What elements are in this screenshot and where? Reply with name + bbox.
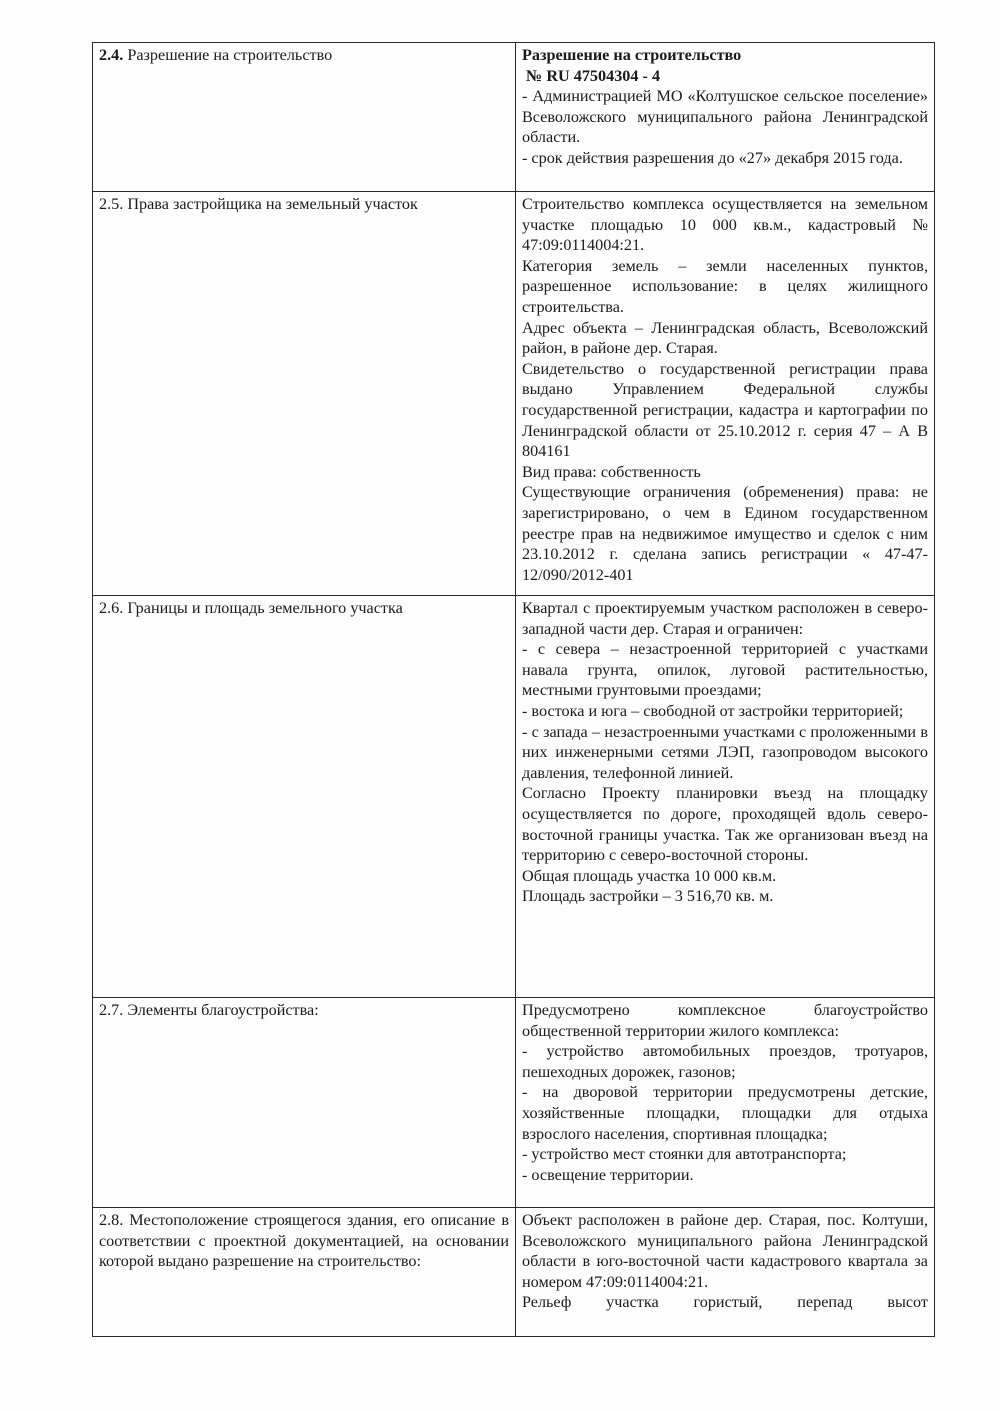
row-number: 2.7. <box>99 1001 123 1019</box>
paragraph: Строительство комплекса осуществляется н… <box>522 194 928 256</box>
row-label-cell: 2.4. Разрешение на строительство <box>93 43 516 192</box>
paragraph: - с севера – незастроенной территорией с… <box>522 639 928 701</box>
table-row: 2.4. Разрешение на строительство Разреше… <box>93 43 935 192</box>
paragraph: - востока и юга – свободной от застройки… <box>522 701 928 722</box>
paragraph: - освещение территории. <box>522 1165 928 1186</box>
row-label: Местоположение строящегося здания, его о… <box>99 1211 509 1270</box>
paragraph: Согласно Проекту планировки въезд на пло… <box>522 783 928 865</box>
row-value-cell: Предусмотрено комплексное благоустройств… <box>516 998 935 1208</box>
paragraph: Общая площадь участка 10 000 кв.м. <box>522 866 928 887</box>
paragraph: Вид права: собственность <box>522 462 928 483</box>
paragraph: Квартал с проектируемым участком располо… <box>522 598 928 639</box>
row-number: 2.5. <box>99 195 123 213</box>
paragraph: - Администрацией МО «Колтушское сельское… <box>522 86 928 148</box>
row-value-cell: Строительство комплекса осуществляется н… <box>516 192 935 596</box>
row-label-cell: 2.7. Элементы благоустройства: <box>93 998 516 1208</box>
document-page: 2.4. Разрешение на строительство Разреше… <box>0 0 1000 1411</box>
row-label: Разрешение на строительство <box>127 46 332 64</box>
row-value-cell: Разрешение на строительство № RU 4750430… <box>516 43 935 192</box>
row-label: Элементы благоустройства: <box>127 1001 318 1019</box>
table-row: 2.7. Элементы благоустройства: Предусмот… <box>93 998 935 1208</box>
paragraph: - на дворовой территории предусмотрены д… <box>522 1082 928 1144</box>
paragraph: Категория земель – земли населенных пунк… <box>522 256 928 318</box>
permit-number: № RU 47504304 - 4 <box>522 66 928 87</box>
paragraph: Площадь застройки – 3 516,70 кв. м. <box>522 886 928 907</box>
paragraph: Рельеф участка гористый, перепад высот <box>522 1292 928 1313</box>
paragraph: - устройство автомобильных проездов, тро… <box>522 1041 928 1082</box>
table-row: 2.6. Границы и площадь земельного участк… <box>93 596 935 998</box>
paragraph: Свидетельство о государственной регистра… <box>522 359 928 462</box>
row-label: Границы и площадь земельного участка <box>127 599 402 617</box>
row-label-cell: 2.5. Права застройщика на земельный учас… <box>93 192 516 596</box>
paragraph: Существующие ограничения (обременения) п… <box>522 482 928 585</box>
permit-title: Разрешение на строительство <box>522 45 928 66</box>
paragraph: - устройство мест стоянки для автотрансп… <box>522 1144 928 1165</box>
paragraph: Предусмотрено комплексное благоустройств… <box>522 1000 928 1041</box>
row-number: 2.8. <box>99 1211 123 1229</box>
paragraph: Объект расположен в районе дер. Старая, … <box>522 1210 928 1292</box>
table-row: 2.8. Местоположение строящегося здания, … <box>93 1208 935 1337</box>
project-declaration-table: 2.4. Разрешение на строительство Разреше… <box>92 42 935 1337</box>
row-label-cell: 2.6. Границы и площадь земельного участк… <box>93 596 516 998</box>
row-label: Права застройщика на земельный участок <box>127 195 418 213</box>
row-number: 2.4. <box>99 46 123 64</box>
table-row: 2.5. Права застройщика на земельный учас… <box>93 192 935 596</box>
row-value-cell: Объект расположен в районе дер. Старая, … <box>516 1208 935 1337</box>
row-value-cell: Квартал с проектируемым участком располо… <box>516 596 935 998</box>
paragraph: - с запада – незастроенными участками с … <box>522 722 928 784</box>
paragraph: - срок действия разрешения до «27» декаб… <box>522 148 928 169</box>
row-label-cell: 2.8. Местоположение строящегося здания, … <box>93 1208 516 1337</box>
paragraph: Адрес объекта – Ленинградская область, В… <box>522 318 928 359</box>
row-number: 2.6. <box>99 599 123 617</box>
